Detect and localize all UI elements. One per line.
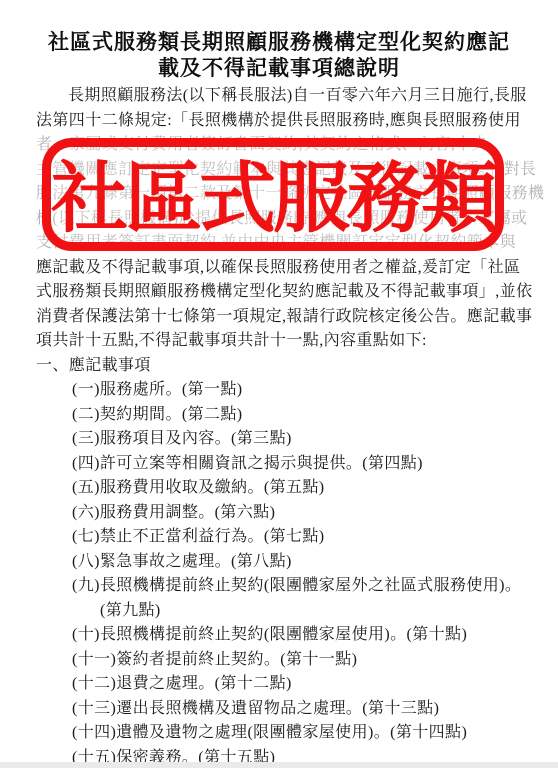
list-item: (十一)簽約者提前終止契約。(第十一點) [36, 648, 542, 673]
list-item: (十)長照機構提前終止契約(限團體家屋使用)。(第十點) [36, 623, 542, 648]
list-item-continuation: (第九點) [36, 599, 542, 624]
paragraph-line: 應記載及不得記載事項,以確保長照服務使用者之權益,爰訂定「社區 [36, 256, 542, 281]
list-item: (十二)退費之處理。(第十二點) [36, 672, 542, 697]
list-item: (二)契約期間。(第二點) [36, 403, 542, 428]
red-stamp: 社區式服務類 [42, 138, 504, 251]
list-item: (十三)遷出長照機構及遺留物品之處理。(第十三點) [36, 697, 542, 722]
list-item: (八)緊急事故之處理。(第八點) [36, 550, 542, 575]
title-line-2: 載及不得記載事項總說明 [0, 55, 558, 81]
list-item: (四)許可立案等相關資訊之揭示與提供。(第四點) [36, 452, 542, 477]
title-line-1: 社區式服務類長期照顧服務機構定型化契約應記 [0, 29, 558, 55]
section-heading: 一、應記載事項 [36, 354, 542, 379]
paragraph-line: 長期照顧服務法(以下稱長服法)自一百零六年六月三日施行,長服 [36, 84, 542, 109]
paragraph-line: 法第四十二條規定:「長照機構於提供長照服務時,應與長照服務使用 [36, 109, 542, 134]
paragraph-line: 消費者保護法第十七條第一項規定,報請行政院核定後公告。應記載事 [36, 305, 542, 330]
document-title: 社區式服務類長期照顧服務機構定型化契約應記 載及不得記載事項總說明 [0, 29, 558, 81]
list-item: (一)服務處所。(第一點) [36, 378, 542, 403]
list-item: (三)服務項目及內容。(第三點) [36, 427, 542, 452]
paragraph-line: 式服務類長期照顧服務機構定型化契約應記載及不得記載事項」,並依 [36, 280, 542, 305]
list-item: (九)長照機構提前終止契約(限團體家屋外之社區式服務使用)。 [36, 574, 542, 599]
document-page: 社區式服務類長期照顧服務機構定型化契約應記 載及不得記載事項總說明 長期照顧服務… [0, 0, 558, 768]
list-item: (六)服務費用調整。(第六點) [36, 501, 542, 526]
paragraph-line: 項共計十五點,不得記載事項共計十一點,內容重點如下: [36, 329, 542, 354]
list-item: (七)禁止不正當利益行為。(第七點) [36, 525, 542, 550]
stamp-text: 社區式服務類 [51, 161, 495, 238]
list-item: (十四)遺體及遺物之處理(限團體家屋使用)。(第十四點) [36, 721, 542, 746]
scan-edge [0, 762, 558, 768]
list-item: (五)服務費用收取及繳納。(第五點) [36, 476, 542, 501]
required-items-list: (一)服務處所。(第一點) (二)契約期間。(第二點) (三)服務項目及內容。(… [36, 378, 542, 768]
